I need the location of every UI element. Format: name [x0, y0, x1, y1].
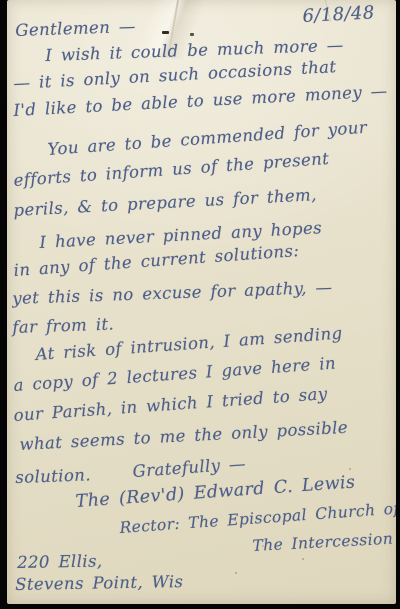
paper-speckle [302, 558, 304, 560]
scanned-letter: 6/18/48 Gentlemen — I wish it could be m… [0, 0, 400, 609]
staple-mark [162, 31, 169, 34]
body-line-14: what seems to me the only possible [19, 418, 348, 454]
signature-organization: The Intercession [252, 530, 394, 555]
salutation: Gentlemen — [15, 17, 136, 40]
address-city: Stevens Point, Wis [15, 572, 183, 594]
body-line-15: solution. [15, 465, 91, 487]
staple-mark-2 [190, 33, 194, 36]
body-line-6: perils, & to prepare us for them, [13, 185, 317, 220]
letter-paper: 6/18/48 Gentlemen — I wish it could be m… [7, 0, 396, 604]
letter-date: 6/18/48 [302, 2, 375, 27]
address-street: 220 Ellis, [17, 552, 103, 572]
paper-speckle [235, 572, 237, 574]
body-line-10: far from it. [12, 314, 114, 337]
closing: Gratefully — [132, 454, 247, 481]
paper-speckle [349, 468, 351, 470]
body-line-9: yet this is no excuse for apathy, — [12, 278, 333, 308]
